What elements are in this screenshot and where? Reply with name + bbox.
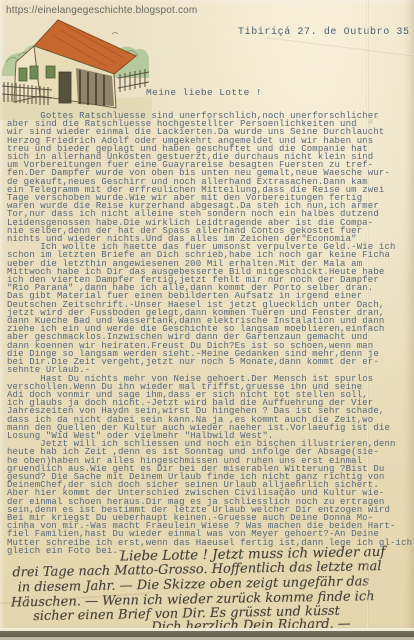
paper-crease-vertical — [366, 0, 369, 640]
door — [59, 72, 71, 103]
paper-crease-diagonal-bottom — [0, 592, 150, 606]
farmhouse-sketch — [0, 12, 152, 120]
paper-crease-diagonal-top — [266, 36, 414, 57]
window-front — [46, 66, 55, 78]
handwritten-line: sicher einen Brief von Dir. Es grüsst un… — [33, 604, 340, 624]
window-right — [30, 66, 38, 79]
dateline: Tibiriçá 27. de Outubro 35 . — [238, 27, 414, 38]
salutation: Meine liebe Lotte ! — [146, 87, 262, 98]
handwritten-line: in diesem Jahr. — Die Skizze oben zeigt … — [18, 574, 370, 595]
handwritten-line: drei Tage nach Matto-Grosso. Hoffentlich… — [12, 559, 381, 580]
watermark-url: https://einelangegeschichte.blogspot.com — [6, 5, 197, 16]
typed-body: Gottes Ratschluesse sind unerforschlich,… — [7, 112, 411, 555]
scanned-letter-page: https://einelangegeschichte.blogspot.com… — [0, 0, 414, 640]
window-left — [19, 68, 27, 81]
